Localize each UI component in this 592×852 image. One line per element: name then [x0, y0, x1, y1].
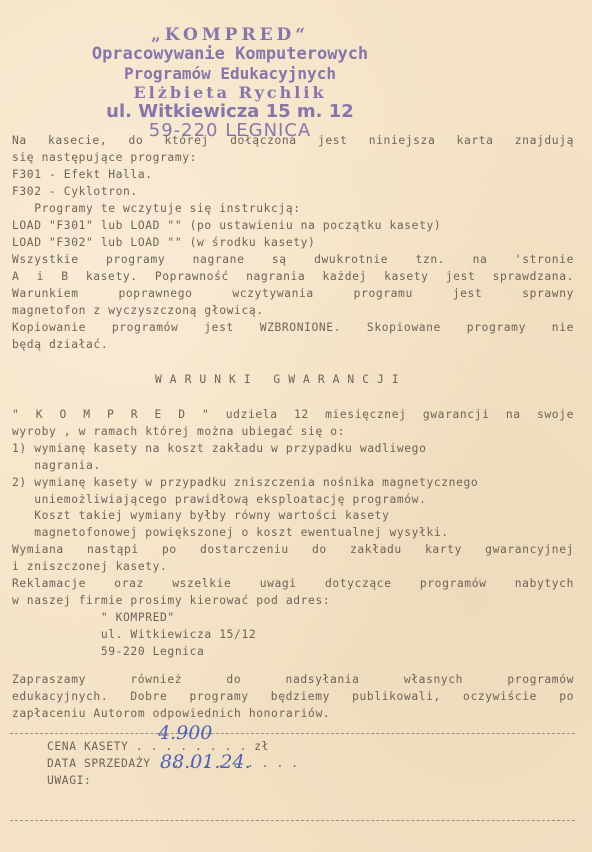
text-line: edukacyjnych. Dobre programy będziemy pu… — [12, 690, 574, 703]
text-line: zapłaceniu Autorom odpowiednich honorari… — [12, 707, 330, 720]
text-line: Warunkiem poprawnego wczytywania program… — [12, 287, 574, 300]
text-line: " KOMPRED" — [12, 611, 175, 624]
text-line: wyroby , w ramach której można ubiegać s… — [12, 425, 345, 438]
text-line: Zapraszamy również do nadsyłania własnyc… — [12, 673, 574, 686]
text-line: Wymiana nastąpi po dostarczeniu do zakła… — [12, 543, 574, 556]
text-line: F302 - Cyklotron. — [12, 185, 138, 198]
text-line: uniemożliwiającego prawidłową eksploatac… — [12, 493, 426, 506]
text-line: ul. Witkiewicza 15/12 — [12, 628, 256, 641]
text-line: będą działać. — [12, 338, 108, 351]
text-line: Reklamacje oraz wszelkie uwagi dotyczące… — [12, 577, 574, 590]
stamp-owner: Elżbieta Rychlik — [60, 83, 400, 102]
guarantee-heading: W A R U N K I G W A R A N C J I — [155, 373, 399, 386]
text-line: w naszej firmie prosimy kierować pod adr… — [12, 594, 330, 607]
text-line: 1) wymianę kasety na koszt zakładu w prz… — [12, 442, 426, 455]
text-line: F301 - Efekt Halla. — [12, 168, 153, 181]
text-line: magnetofonowej powiększonej o koszt ewen… — [12, 526, 449, 539]
notes-label: UWAGI: — [47, 774, 91, 787]
stamp-street: ul. Witkiewicza 15 m. 12 — [60, 102, 400, 121]
text-line: 59-220 Legnica — [12, 645, 204, 658]
text-line: Na kasecie, do której dołączona jest nin… — [12, 134, 574, 147]
text-line: Programy te wczytuje się instrukcją: — [12, 202, 301, 215]
text-line: LOAD "F301" lub LOAD "" (po ustawieniu n… — [12, 219, 441, 232]
company-stamp: „KOMPRED“ Opracowywanie Komputerowych Pr… — [60, 26, 400, 140]
text-line: i zniszczonej kasety. — [12, 560, 167, 573]
text-line: Wszystkie programy nagrane są dwukrotnie… — [12, 253, 574, 266]
divider-bottom — [10, 820, 575, 821]
handwritten-price: 4.900 — [158, 722, 212, 744]
date-label: DATA SPRZEDAŻY — [47, 757, 151, 770]
divider-top — [10, 733, 575, 734]
stamp-line-2: Opracowywanie Komputerowych — [60, 45, 400, 64]
stamp-company-name: „KOMPRED“ — [60, 26, 400, 45]
text-line: nagrania. — [12, 459, 101, 472]
handwritten-date: 88.01.24. — [160, 751, 251, 773]
text-line: magnetofon z wyczyszczoną głowicą. — [12, 304, 264, 317]
text-line: się następujące programy: — [12, 151, 197, 164]
text-line: Kopiowanie programów jest WZBRONIONE. Sk… — [12, 321, 574, 334]
text-line: LOAD "F302" lub LOAD "" (w środku kasety… — [12, 236, 315, 249]
text-line: A i B kasety. Poprawność nagrania każdej… — [12, 270, 574, 283]
text-line: " K O M P R E D " udziela 12 miesięcznej… — [12, 408, 574, 421]
price-label: CENA KASETY — [47, 740, 128, 753]
text-line: Koszt takiej wymiany byłby równy wartośc… — [12, 509, 389, 522]
text-line: 2) wymianę kasety w przypadku zniszczeni… — [12, 476, 478, 489]
stamp-line-3: Programów Edukacyjnych — [60, 64, 400, 83]
